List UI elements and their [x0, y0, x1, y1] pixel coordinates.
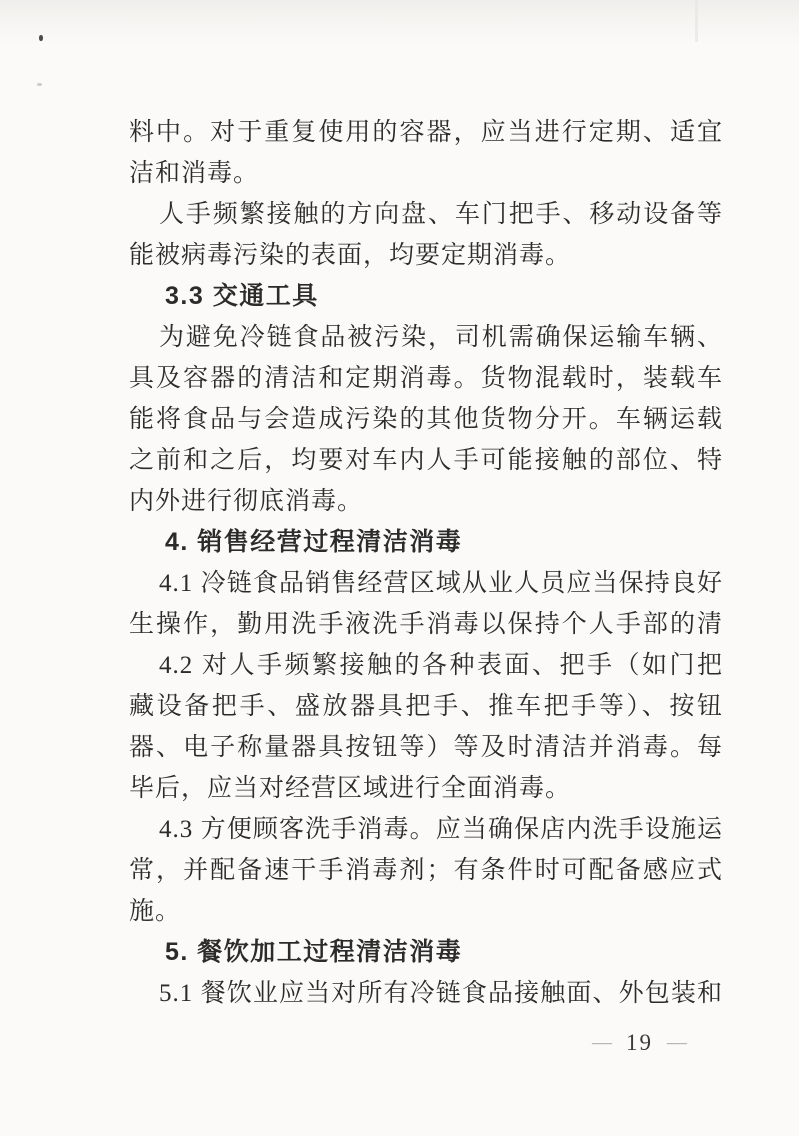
scan-artifact-top-band — [0, 0, 799, 46]
text-line: 毕后，应当对经营区域进行全面消毒。 — [129, 768, 723, 809]
section-heading: 4. 销售经营过程清洁消毒 — [129, 522, 723, 563]
text-column: 料中。对于重复使用的容器，应当进行定期、适宜的卫生清洁和消毒。人手频繁接触的方向… — [129, 112, 723, 1014]
text-line: 具及容器的清洁和定期消毒。货物混载时，装载车辆时尽可 — [129, 358, 723, 399]
scanned-page: 料中。对于重复使用的容器，应当进行定期、适宜的卫生清洁和消毒。人手频繁接触的方向… — [0, 0, 799, 1136]
text-line: 4.2 对人手频繁接触的各种表面、把手（如门把手、冷 — [129, 645, 723, 686]
paragraph: 为避免冷链食品被污染，司机需确保运输车辆、搬运工具及容器的清洁和定期消毒。货物混… — [129, 317, 723, 522]
paragraph: 人手频繁接触的方向盘、车门把手、移动设备等最有可能被病毒污染的表面，均要定期消毒… — [129, 194, 723, 276]
page-number-dash-left: — — [592, 1034, 612, 1051]
scan-artifact-streak — [695, 0, 698, 42]
text-line: 料中。对于重复使用的容器，应当进行定期、适宜的卫生清 — [129, 112, 723, 153]
text-line: 器、电子称量器具按钮等）等及时清洁并消毒。每天经营完 — [129, 727, 723, 768]
paragraph: 4.1 冷链食品销售经营区域从业人员应当保持良好的卫生操作，勤用洗手液洗手消毒以… — [129, 563, 723, 645]
text-line: 人手频繁接触的方向盘、车门把手、移动设备等最有可 — [129, 194, 723, 235]
text-line: 4.1 冷链食品销售经营区域从业人员应当保持良好的卫 — [129, 563, 723, 604]
paragraph: 料中。对于重复使用的容器，应当进行定期、适宜的卫生清洁和消毒。 — [129, 112, 723, 194]
text-line: 能被病毒污染的表面，均要定期消毒。 — [129, 235, 723, 276]
scan-speck — [39, 35, 43, 41]
page-number-value: 19 — [626, 1030, 653, 1056]
text-line: 4.3 方便顾客洗手消毒。应当确保店内洗手设施运行正 — [129, 809, 723, 850]
text-line: 能将食品与会造成污染的其他货物分开。车辆运载一批货物 — [129, 399, 723, 440]
section-heading: 5. 餐饮加工过程清洁消毒 — [129, 932, 723, 973]
text-line: 5.1 餐饮业应当对所有冷链食品接触面、外包装和用具 — [129, 973, 723, 1014]
text-line: 藏设备把手、盛放器具把手、推车把手等）、按钮（如计算 — [129, 686, 723, 727]
page-number: — 19 — — [592, 1030, 687, 1056]
text-line: 为避免冷链食品被污染，司机需确保运输车辆、搬运工 — [129, 317, 723, 358]
text-line: 施。 — [129, 891, 723, 932]
paragraph: 5.1 餐饮业应当对所有冷链食品接触面、外包装和用具 — [129, 973, 723, 1014]
section-heading: 3.3 交通工具 — [129, 276, 723, 317]
text-line: 常，并配备速干手消毒剂；有条件时可配备感应式手消毒设 — [129, 850, 723, 891]
paragraph: 4.3 方便顾客洗手消毒。应当确保店内洗手设施运行正常，并配备速干手消毒剂；有条… — [129, 809, 723, 932]
scan-speck-faint — [37, 83, 42, 86]
text-line: 内外进行彻底消毒。 — [129, 481, 723, 522]
text-line: 之前和之后，均要对车内人手可能接触的部位、特别是车厢 — [129, 440, 723, 481]
text-line: 生操作，勤用洗手液洗手消毒以保持个人手部的清洁卫生。 — [129, 604, 723, 645]
page-number-dash-right: — — [667, 1034, 687, 1051]
paragraph: 4.2 对人手频繁接触的各种表面、把手（如门把手、冷藏设备把手、盛放器具把手、推… — [129, 645, 723, 809]
text-line: 洁和消毒。 — [129, 153, 723, 194]
